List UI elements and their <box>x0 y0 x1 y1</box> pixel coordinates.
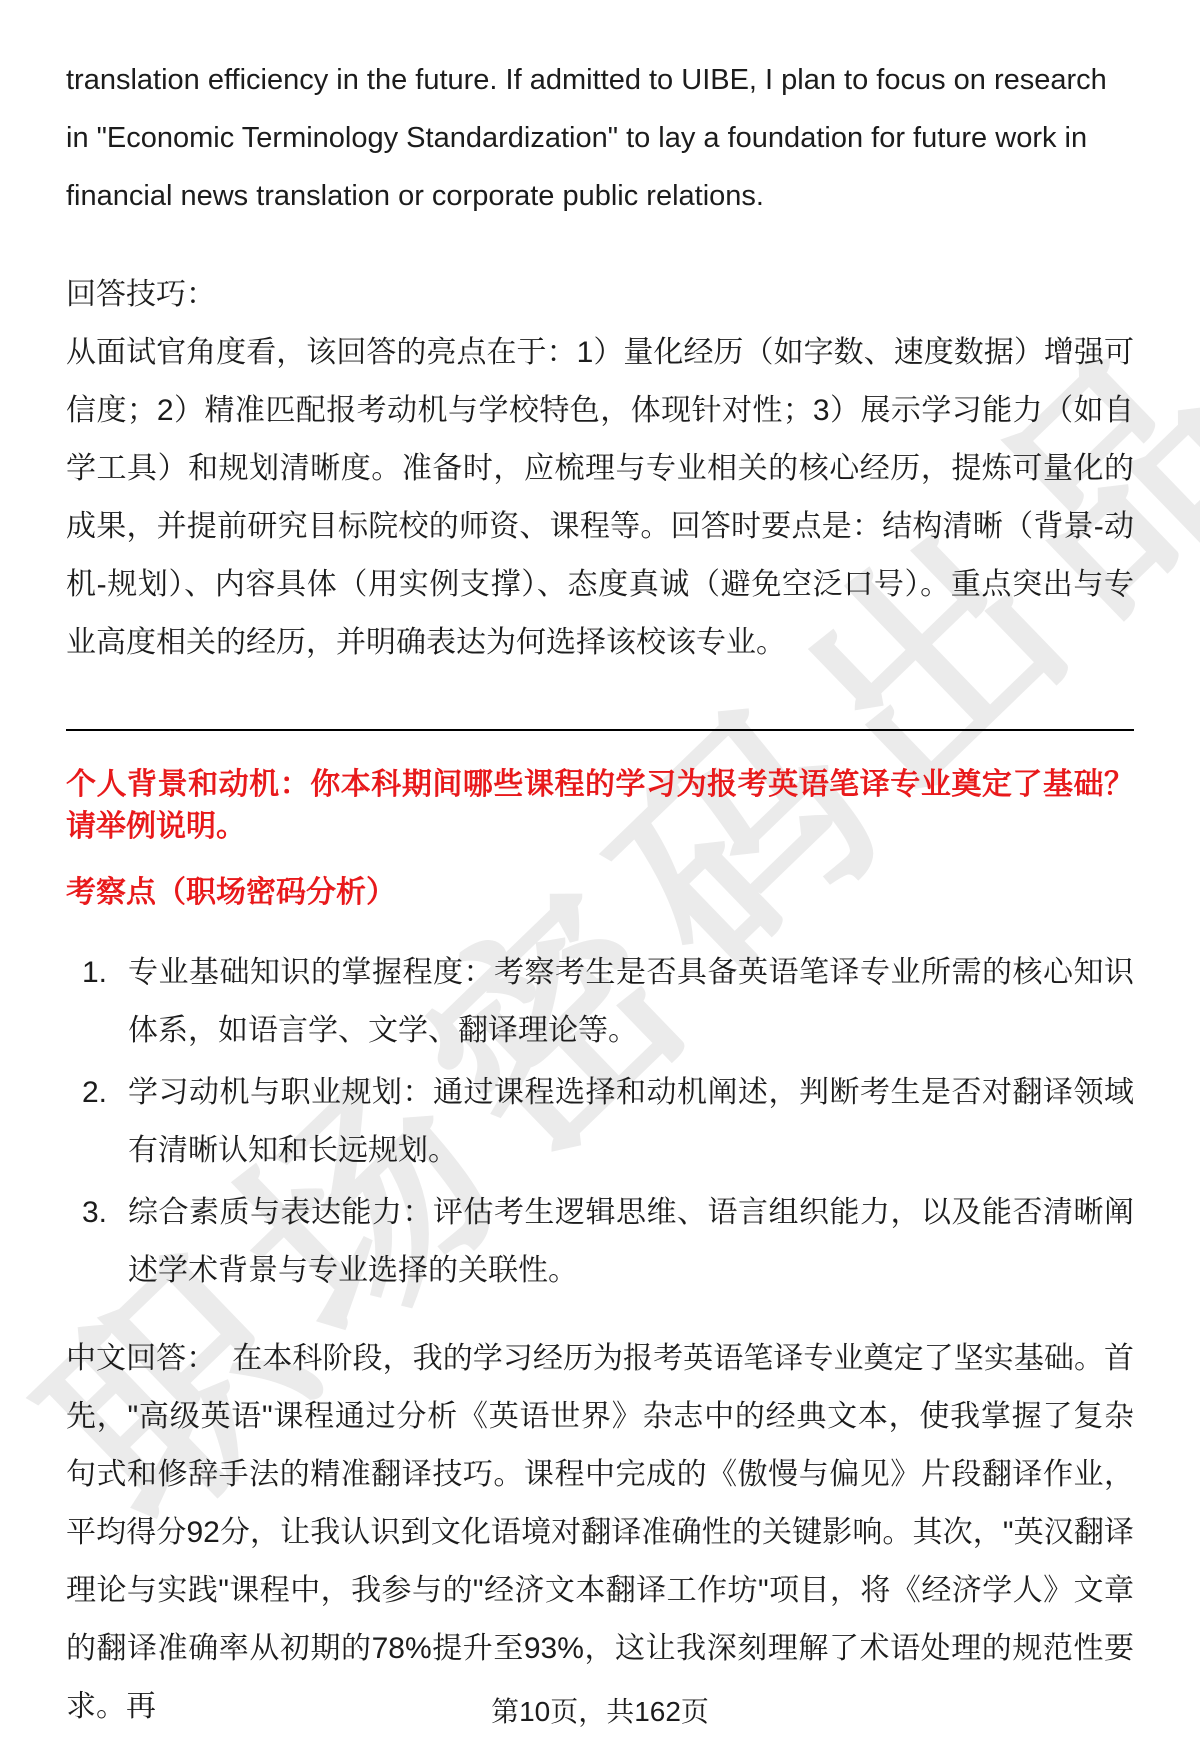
list-number: 3. <box>82 1184 128 1300</box>
page-content: translation efficiency in the future. If… <box>0 0 1200 1736</box>
analysis-point-2: 2. 学习动机与职业规划：通过课程选择和动机阐述，判断考生是否对翻译领域有清晰认… <box>66 1064 1134 1180</box>
analysis-point-1: 1. 专业基础知识的掌握程度：考察考生是否具备英语笔译专业所需的核心知识体系，如… <box>66 944 1134 1060</box>
list-text: 专业基础知识的掌握程度：考察考生是否具备英语笔译专业所需的核心知识体系，如语言学… <box>128 944 1134 1060</box>
question-heading: 个人背景和动机：你本科期间哪些课程的学习为报考英语笔译专业奠定了基础？请举例说明… <box>66 764 1134 848</box>
analysis-heading: 考察点（职场密码分析） <box>66 872 1134 914</box>
answer-tips-body: 从面试官角度看，该回答的亮点在于：1）量化经历（如字数、速度数据）增强可信度；2… <box>66 324 1134 672</box>
section-divider <box>66 729 1134 731</box>
page-number-footer: 第10页，共162页 <box>0 1690 1200 1730</box>
list-text: 学习动机与职业规划：通过课程选择和动机阐述，判断考生是否对翻译领域有清晰认知和长… <box>128 1064 1134 1180</box>
english-answer-paragraph: translation efficiency in the future. If… <box>66 51 1134 225</box>
analysis-point-3: 3. 综合素质与表达能力：评估考生逻辑思维、语言组织能力，以及能否清晰阐述学术背… <box>66 1184 1134 1300</box>
analysis-points-list: 1. 专业基础知识的掌握程度：考察考生是否具备英语笔译专业所需的核心知识体系，如… <box>66 944 1134 1300</box>
chinese-answer-body: 在本科阶段，我的学习经历为报考英语笔译专业奠定了坚实基础。首先，"高级英语"课程… <box>66 1342 1134 1723</box>
chinese-answer-label: 中文回答： <box>66 1342 216 1375</box>
list-number: 2. <box>82 1064 128 1180</box>
list-number: 1. <box>82 944 128 1060</box>
list-text: 综合素质与表达能力：评估考生逻辑思维、语言组织能力，以及能否清晰阐述学术背景与专… <box>128 1184 1134 1300</box>
answer-tips-label: 回答技巧： <box>66 266 1134 324</box>
chinese-answer-paragraph: 中文回答：在本科阶段，我的学习经历为报考英语笔译专业奠定了坚实基础。首先，"高级… <box>66 1330 1134 1736</box>
document-page: 职场密码出品 translation efficiency in the fut… <box>0 0 1200 1755</box>
